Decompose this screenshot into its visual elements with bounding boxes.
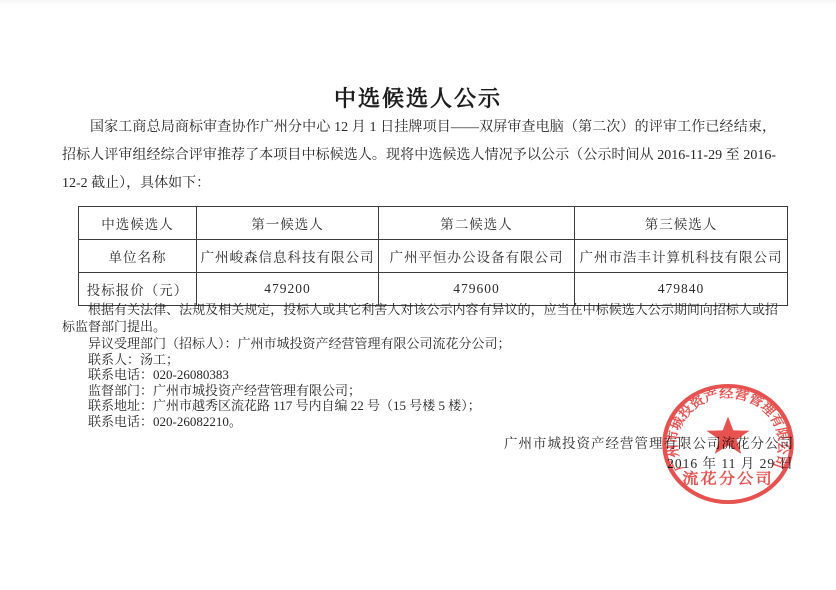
signature-date: 2016 年 11 月 29 日	[667, 452, 794, 472]
page-title: 中选候选人公示	[0, 82, 836, 113]
table-header-cell: 中选候选人	[79, 207, 197, 240]
table-row: 单位名称 广州峻森信息科技有限公司 广州平恒办公设备有限公司 广州市浩丰计算机科…	[79, 240, 788, 273]
contact-line: 异议受理部门（招标人）：广州市城投资产经营管理有限公司流花分公司；	[88, 336, 688, 352]
company-cell: 广州峻森信息科技有限公司	[197, 240, 379, 273]
row-label-cell: 单位名称	[79, 240, 197, 273]
contact-block: 异议受理部门（招标人）：广州市城投资产经营管理有限公司流花分公司； 联系人：汤工…	[88, 336, 688, 430]
table-row: 投标报价（元） 479200 479600 479840	[79, 273, 788, 306]
contact-line: 监督部门：广州市城投资产经营管理有限公司；	[88, 383, 688, 399]
table-header-cell: 第三候选人	[575, 207, 788, 240]
candidates-table: 中选候选人 第一候选人 第二候选人 第三候选人 单位名称 广州峻森信息科技有限公…	[78, 206, 788, 306]
contact-line: 联系电话：020-26080383	[88, 367, 688, 383]
price-cell: 479200	[197, 273, 379, 306]
intro-paragraph: 国家工商总局商标审查协作广州分中心 12 月 1 日挂牌项目——双屏审查电脑（第…	[62, 114, 776, 198]
company-cell: 广州市浩丰计算机科技有限公司	[575, 240, 788, 273]
table-header-cell: 第二候选人	[379, 207, 575, 240]
objection-paragraph: 根据有关法律、法规及相关规定，投标人或其它利害人对该公示内容有异议的，应当在中标…	[62, 302, 778, 335]
table-header-cell: 第一候选人	[197, 207, 379, 240]
signature-company: 广州市城投资产经营管理有限公司流花分公司	[504, 432, 794, 452]
contact-line: 联系电话：020-26082210。	[88, 414, 688, 430]
row-label-cell: 投标报价（元）	[79, 273, 197, 306]
table-row: 中选候选人 第一候选人 第二候选人 第三候选人	[79, 207, 788, 240]
contact-line: 联系人：汤工；	[88, 352, 688, 368]
price-cell: 479600	[379, 273, 575, 306]
contact-line: 联系地址：广州市越秀区流花路 117 号内自编 22 号（15 号楼 5 楼）；	[88, 398, 688, 414]
scanned-page: 中选候选人公示 国家工商总局商标审查协作广州分中心 12 月 1 日挂牌项目——…	[0, 0, 836, 590]
price-cell: 479840	[575, 273, 788, 306]
company-cell: 广州平恒办公设备有限公司	[379, 240, 575, 273]
